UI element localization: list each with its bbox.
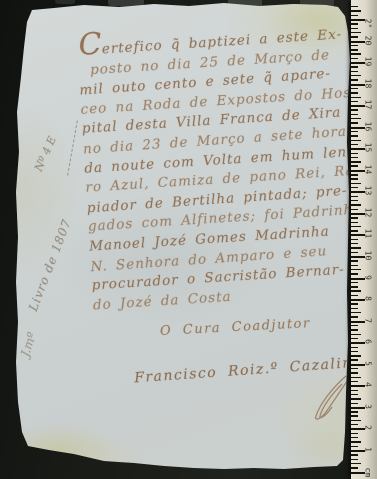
- ruler-minor-tick: [351, 347, 358, 348]
- ruler-unit-label: cm: [364, 464, 373, 479]
- ruler-minor-tick: [351, 334, 361, 335]
- ruler-minor-tick: [351, 394, 358, 395]
- ruler-minor-tick: [351, 338, 358, 339]
- ruler-minor-tick: [351, 88, 358, 89]
- ruler-minor-tick: [351, 118, 361, 119]
- ruler-minor-tick: [351, 6, 358, 7]
- ruler-number: 7: [364, 312, 373, 328]
- margin-dash-line: [67, 120, 78, 175]
- ruler-minor-tick: [351, 329, 358, 330]
- closing-title: O Cura Coadjutor: [160, 316, 311, 339]
- ruler-minor-tick: [351, 446, 358, 447]
- backdrop-edge-highlight: [55, 0, 75, 4]
- ruler-minor-tick: [351, 222, 358, 223]
- ruler-number: 9: [364, 269, 373, 285]
- ruler-minor-tick: [351, 303, 358, 304]
- ruler-minor-tick: [351, 351, 358, 352]
- ruler-minor-tick: [351, 10, 361, 11]
- ruler-minor-tick: [351, 75, 361, 76]
- ruler-minor-tick: [351, 359, 358, 360]
- ruler-minor-tick: [351, 157, 358, 158]
- ruler-minor-tick: [351, 424, 358, 425]
- ruler-inch-label: 2": [364, 16, 373, 32]
- ruler-minor-tick: [351, 463, 361, 464]
- ruler-minor-tick: [351, 196, 358, 197]
- ruler-minor-tick: [351, 135, 358, 136]
- ruler-minor-tick: [351, 381, 358, 382]
- manuscript-paper: Nº 4 E Livro de 1807 J.mº Certefico q̃ b…: [14, 2, 350, 472]
- ruler-minor-tick: [351, 286, 358, 287]
- paper-stain: [0, 422, 119, 477]
- ruler-minor-tick: [351, 28, 358, 29]
- ruler-minor-tick: [351, 200, 358, 201]
- ruler-minor-tick: [351, 239, 358, 240]
- ruler-number: 4: [364, 377, 373, 393]
- ruler-minor-tick: [351, 390, 358, 391]
- photo-stage: Nº 4 E Livro de 1807 J.mº Certefico q̃ b…: [0, 0, 377, 479]
- ruler-number: 5: [364, 355, 373, 371]
- ruler-minor-tick: [351, 114, 358, 115]
- ruler-minor-tick: [351, 368, 358, 369]
- ruler-minor-tick: [351, 165, 358, 166]
- ruler-minor-tick: [351, 415, 358, 416]
- ruler-number: 11: [364, 226, 373, 242]
- ruler-minor-tick: [351, 32, 361, 33]
- ruler-number: 19: [364, 54, 373, 70]
- ruler-minor-tick: [351, 252, 358, 253]
- ruler-minor-tick: [351, 79, 358, 80]
- ruler-number: 10: [364, 248, 373, 264]
- ruler-number: 15: [364, 140, 373, 156]
- ruler-minor-tick: [351, 403, 358, 404]
- ruler-minor-tick: [351, 372, 358, 373]
- ruler-minor-tick: [351, 178, 358, 179]
- ruler-minor-tick: [351, 454, 358, 455]
- ruler-number: 6: [364, 334, 373, 350]
- ruler-minor-tick: [351, 58, 358, 59]
- ruler-minor-tick: [351, 144, 358, 145]
- margin-note-year: Livro de 1807: [26, 217, 74, 313]
- ruler-minor-tick: [351, 441, 361, 442]
- ruler-minor-tick: [351, 325, 358, 326]
- margin-note-number: Nº 4 E: [32, 134, 59, 173]
- ruler-minor-tick: [351, 45, 358, 46]
- ruler-minor-tick: [351, 265, 358, 266]
- ruler-minor-tick: [351, 109, 358, 110]
- manuscript-body: Certefico q̃ baptizei a este Ex-posto no…: [76, 19, 371, 316]
- ruler-number: 1: [364, 441, 373, 457]
- ruler-minor-tick: [351, 187, 358, 188]
- ruler-minor-tick: [351, 398, 361, 399]
- ruler-number: 20: [364, 32, 373, 48]
- ruler-minor-tick: [351, 131, 358, 132]
- ruler-number: 3: [364, 398, 373, 414]
- backdrop-edge-highlight: [108, 0, 144, 6]
- ruler-number: 16: [364, 118, 373, 134]
- ruler-minor-tick: [351, 247, 361, 248]
- ruler-number: 18: [364, 75, 373, 91]
- ruler-minor-tick: [351, 204, 361, 205]
- ruler-minor-tick: [351, 122, 358, 123]
- margin-note-initials: J.mº: [18, 330, 39, 358]
- ruler-minor-tick: [351, 269, 361, 270]
- ruler-minor-tick: [351, 308, 358, 309]
- ruler-minor-tick: [351, 295, 358, 296]
- ruler-minor-tick: [351, 174, 358, 175]
- ruler-minor-tick: [351, 23, 358, 24]
- ruler-minor-tick: [351, 316, 358, 317]
- ruler-minor-tick: [351, 243, 358, 244]
- ruler-minor-tick: [351, 153, 358, 154]
- ruler-number: 8: [364, 291, 373, 307]
- ruler-minor-tick: [351, 140, 361, 141]
- ruler-minor-tick: [351, 92, 358, 93]
- ruler-minor-tick: [351, 467, 358, 468]
- ruler-minor-tick: [351, 411, 358, 412]
- ruler-minor-tick: [351, 36, 358, 37]
- ruler-number: 13: [364, 183, 373, 199]
- ruler-minor-tick: [351, 183, 361, 184]
- ruler-minor-tick: [351, 273, 358, 274]
- ruler-number: 12: [364, 204, 373, 220]
- ruler-minor-tick: [351, 459, 358, 460]
- ruler-minor-tick: [351, 66, 358, 67]
- ruler-minor-tick: [351, 226, 361, 227]
- ruler-minor-tick: [351, 15, 358, 16]
- ruler-minor-tick: [351, 230, 358, 231]
- ruler-minor-tick: [351, 209, 358, 210]
- ruler-minor-tick: [351, 312, 361, 313]
- ruler-minor-tick: [351, 53, 361, 54]
- ruler-minor-tick: [351, 101, 358, 102]
- ruler-minor-tick: [351, 49, 358, 50]
- ruler-number: 14: [364, 161, 373, 177]
- ruler-minor-tick: [351, 71, 358, 72]
- ruler-minor-tick: [351, 420, 361, 421]
- ruler-number: 17: [364, 97, 373, 113]
- ruler-minor-tick: [351, 433, 358, 434]
- ruler-minor-tick: [351, 161, 361, 162]
- ruler-minor-tick: [351, 282, 358, 283]
- ruler-minor-tick: [351, 377, 361, 378]
- ruler-minor-tick: [351, 355, 361, 356]
- ruler-minor-tick: [351, 260, 358, 261]
- ruler-minor-tick: [351, 97, 361, 98]
- ruler-number: 2: [364, 420, 373, 436]
- ruler-minor-tick: [351, 217, 358, 218]
- signature-flourish-icon: [302, 374, 354, 422]
- ruler-minor-tick: [351, 290, 361, 291]
- ruler-minor-tick: [351, 437, 358, 438]
- measurement-ruler: 1234567891011121314151617181920cm2": [351, 0, 377, 479]
